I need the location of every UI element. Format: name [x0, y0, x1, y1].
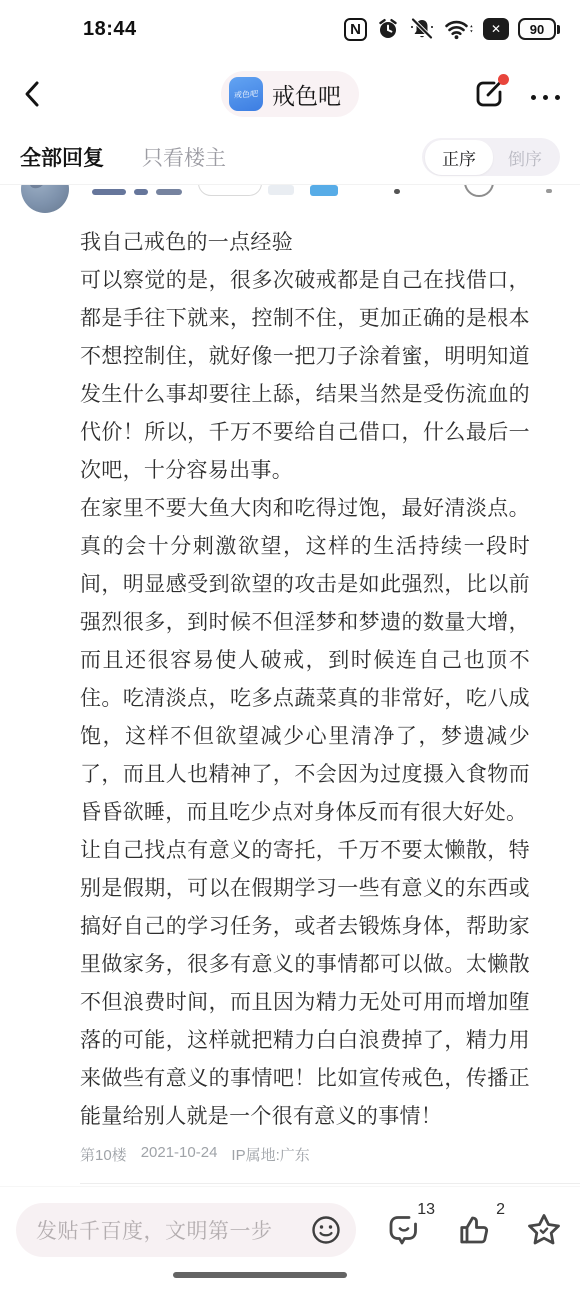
clock: 18:44: [83, 18, 137, 41]
more-menu-button[interactable]: [531, 89, 560, 100]
avatar[interactable]: [21, 184, 69, 213]
wifi-icon: [444, 17, 474, 41]
reply-bubble-fragment: [464, 184, 494, 197]
sort-toggle: 正序 倒序: [422, 138, 560, 176]
emoji-icon[interactable]: [308, 1212, 344, 1248]
like-button[interactable]: 2: [454, 1210, 494, 1250]
post-paragraph: 我自己戒色的一点经验: [80, 224, 530, 262]
battery-level: 90: [518, 18, 556, 40]
user-badge-outline: [198, 184, 262, 196]
battery-nub: [557, 25, 560, 34]
like-count: 2: [496, 1201, 505, 1219]
post-header-clipped: [0, 184, 580, 214]
alarm-icon: [376, 17, 400, 41]
username-fragment: [134, 189, 148, 195]
comment-count: 13: [417, 1201, 435, 1219]
nav-bar: 戒色吧 戒色吧: [0, 58, 580, 130]
username-fragment: [92, 189, 126, 195]
divider: [80, 1183, 580, 1184]
sort-ascending-button[interactable]: 正序: [425, 140, 493, 175]
reply-tab-bar: 全部回复 只看楼主 正序 倒序: [0, 130, 580, 184]
tab-all-replies[interactable]: 全部回复: [20, 142, 104, 172]
sort-descending-button[interactable]: 倒序: [493, 140, 557, 175]
tieba-thread-screen: 18:44 N: [0, 0, 580, 1289]
post-meta: 第10楼 2021-10-24 IP属地:广东: [0, 1144, 580, 1165]
post-paragraph: 让自己找点有意义的寄托，千万不要太懒散，特别是假期，可以在假期学习一些有意义的东…: [80, 832, 530, 1136]
username-fragment: [156, 189, 182, 195]
nfc-icon: N: [344, 18, 367, 41]
favorite-button[interactable]: [524, 1210, 564, 1250]
user-badge-light: [268, 185, 294, 195]
mute-icon: [409, 17, 435, 41]
status-bar: 18:44 N: [0, 0, 580, 58]
status-icons: N: [344, 17, 560, 41]
home-indicator[interactable]: [173, 1272, 347, 1278]
nav-actions: [471, 76, 560, 112]
post-body: 我自己戒色的一点经验 可以察觉的是，很多次破戒都是自己在找借口，都是手往下就来，…: [0, 214, 580, 1136]
user-badge-blue: [310, 185, 338, 196]
sim-error-icon: ✕: [483, 18, 509, 40]
header-fragment: [546, 189, 552, 193]
bottom-composer-bar: 发贴千百度，文明第一步 13: [0, 1186, 580, 1272]
forum-title-pill[interactable]: 戒色吧 戒色吧: [221, 71, 359, 117]
comment-button[interactable]: 13: [384, 1210, 424, 1250]
post-date: 2021-10-24: [141, 1144, 218, 1165]
post-paragraph: 在家里不要大鱼大肉和吃得过饱，最好清淡点。真的会十分刺激欲望，这样的生活持续一段…: [80, 490, 530, 832]
floor-label: 第10楼: [80, 1144, 127, 1165]
forum-title: 戒色吧: [272, 78, 341, 111]
ip-location: IP属地:广东: [231, 1144, 309, 1165]
tab-only-op[interactable]: 只看楼主: [142, 142, 226, 172]
battery-icon: 90: [518, 18, 560, 40]
back-button[interactable]: [20, 76, 56, 112]
compose-button[interactable]: [471, 76, 507, 112]
post-actions: 13 2: [384, 1210, 564, 1250]
header-fragment: [394, 189, 400, 194]
reply-placeholder: 发贴千百度，文明第一步: [36, 1215, 273, 1245]
forum-avatar-icon: 戒色吧: [229, 77, 263, 111]
notification-dot: [498, 74, 509, 85]
post-paragraph: 可以察觉的是，很多次破戒都是自己在找借口，都是手往下就来，控制不住，更加正确的是…: [80, 262, 530, 490]
reply-input[interactable]: 发贴千百度，文明第一步: [16, 1203, 356, 1257]
